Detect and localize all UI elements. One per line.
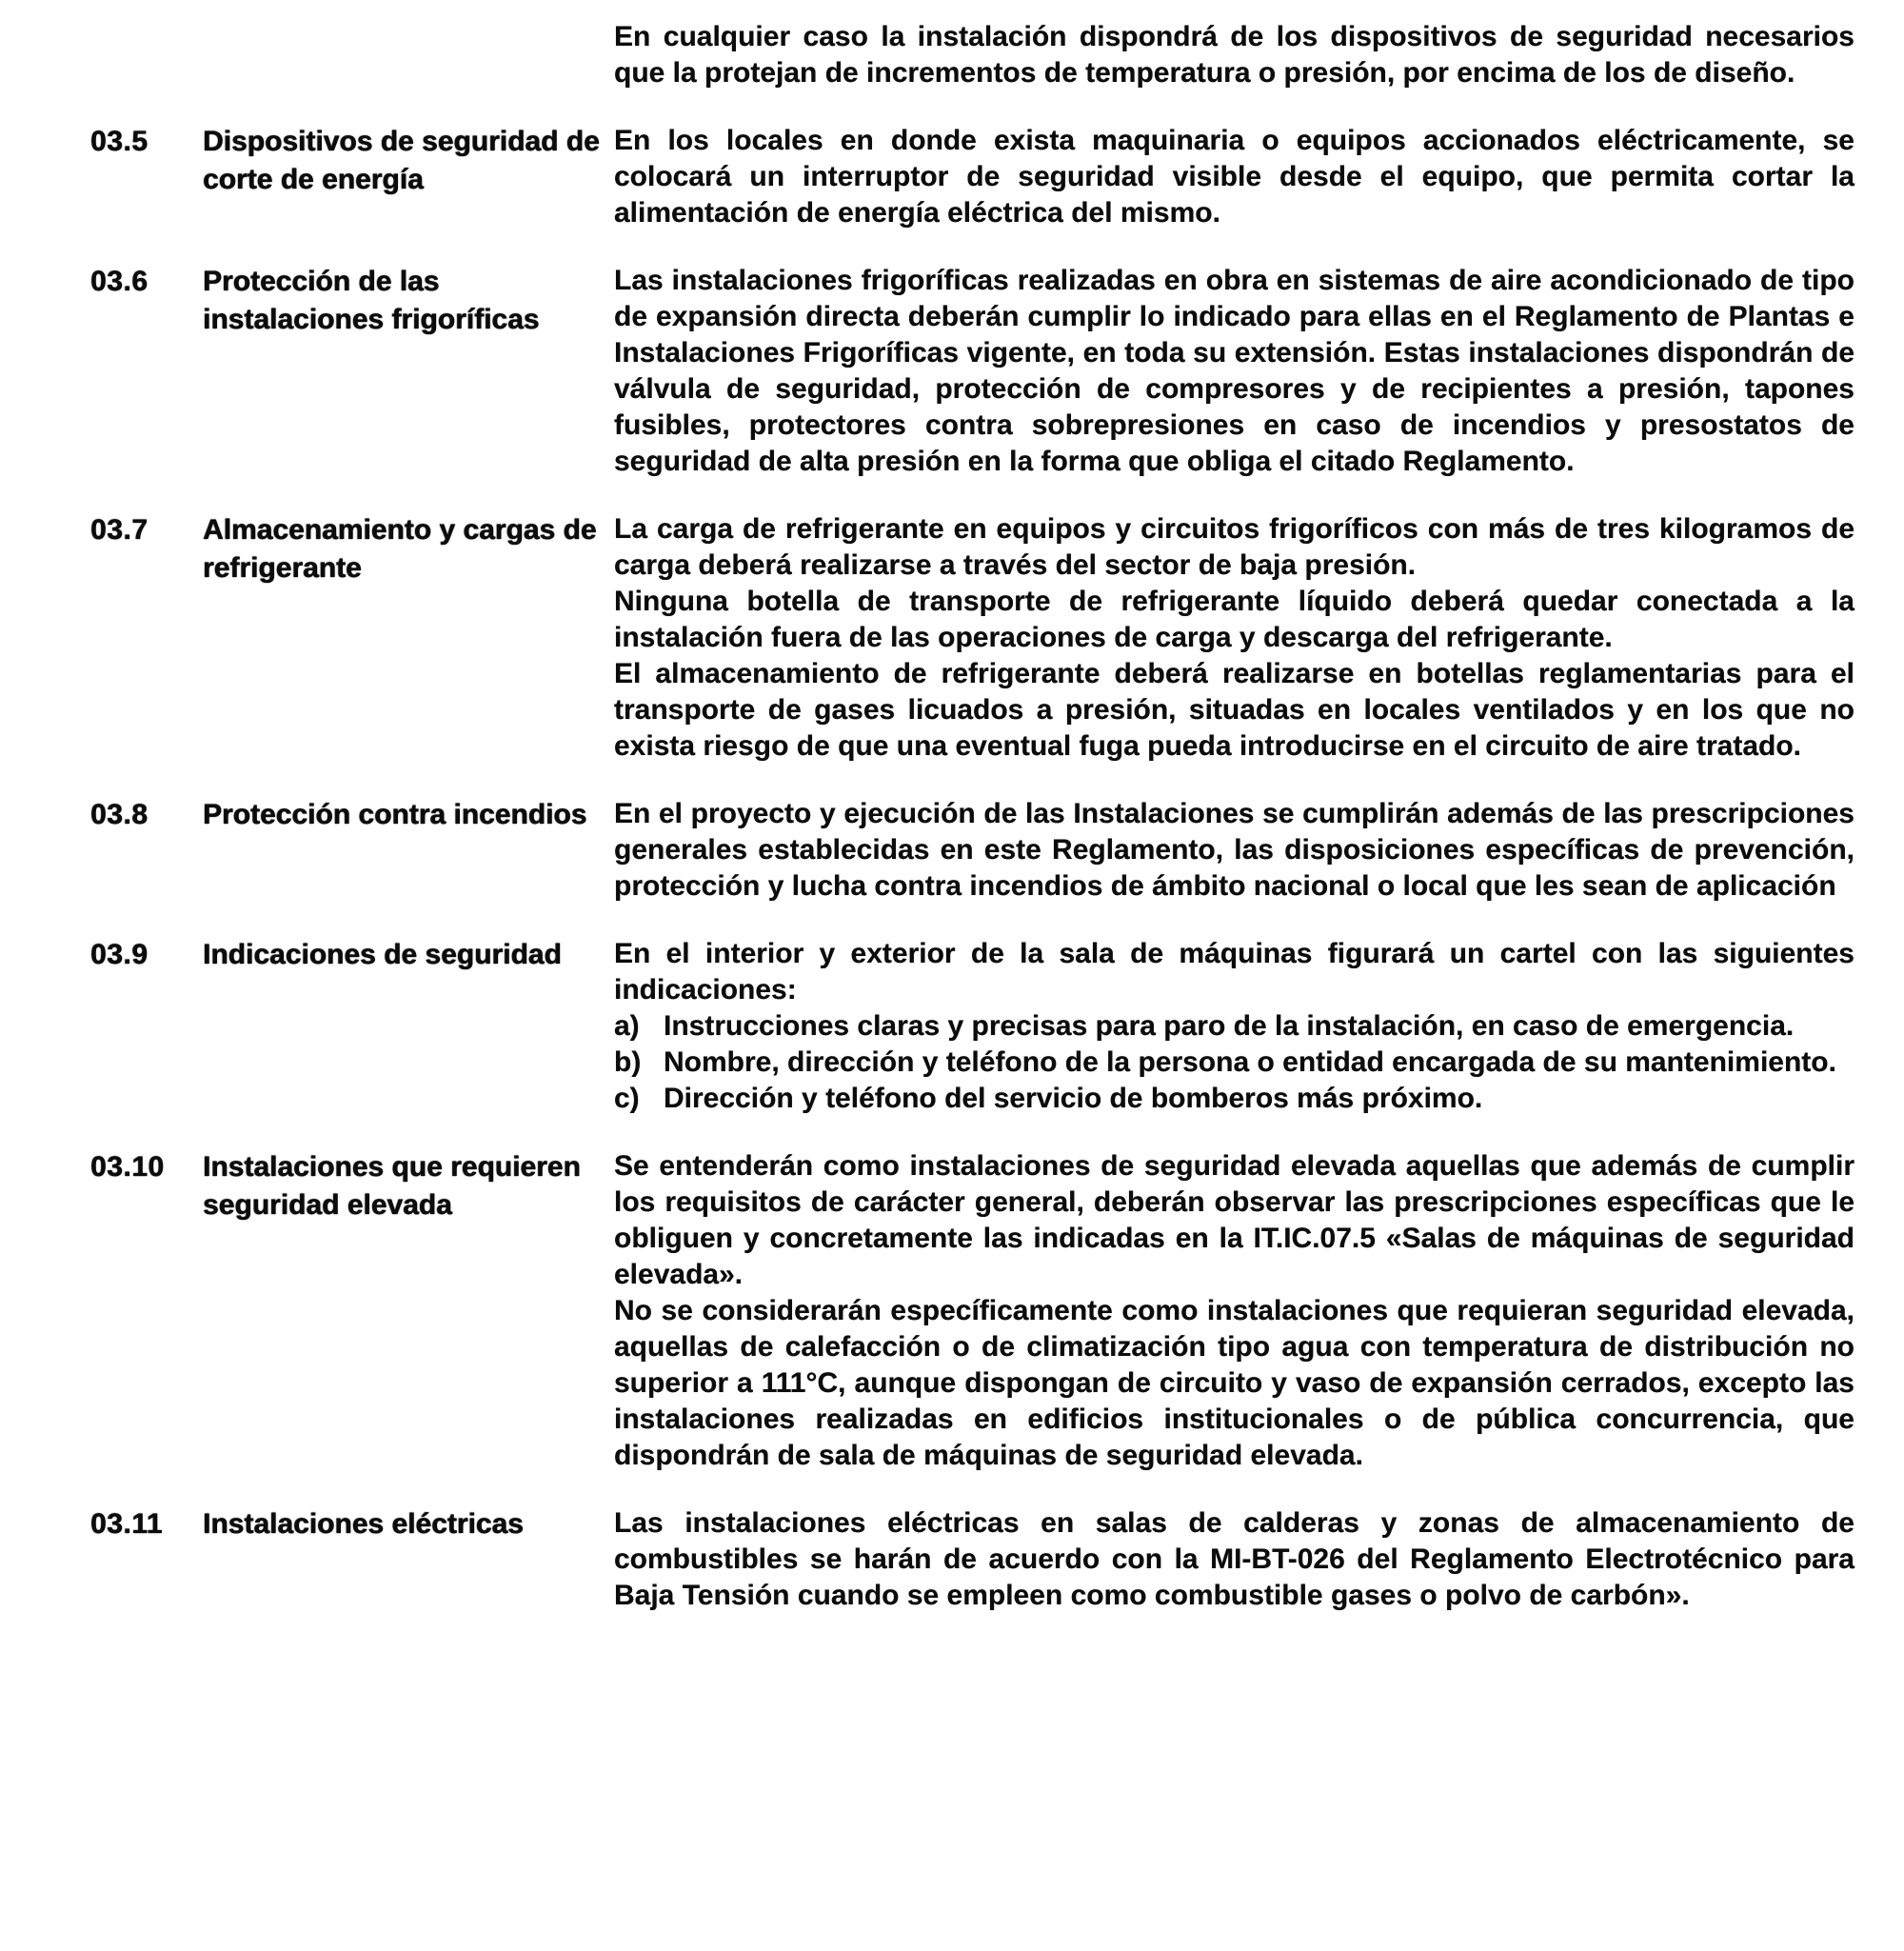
- list-item-text: Nombre, dirección y teléfono de la perso…: [664, 1045, 1854, 1081]
- section-paragraph: Ninguna botella de transporte de refrige…: [614, 584, 1854, 656]
- section-paragraph: En el interior y exterior de la sala de …: [614, 936, 1854, 1008]
- section-body: La carga de refrigerante en equipos y ci…: [614, 511, 1904, 765]
- section-heading: 03.11Instalaciones eléctricas: [0, 1505, 614, 1543]
- section-body: En los locales en donde exista maquinari…: [614, 123, 1904, 231]
- section-paragraph: El almacenamiento de refrigerante deberá…: [614, 656, 1854, 765]
- list-marker: b): [614, 1045, 664, 1081]
- section-row: 03.5Dispositivos de seguridad de corte d…: [0, 123, 1904, 231]
- section-body: Las instalaciones eléctricas en salas de…: [614, 1505, 1904, 1614]
- section-heading: 03.7Almacenamiento y cargas de refrigera…: [0, 511, 614, 587]
- sections-container: 03.5Dispositivos de seguridad de corte d…: [0, 123, 1904, 1614]
- section-body: En el interior y exterior de la sala de …: [614, 936, 1904, 1117]
- section-paragraph: En el proyecto y ejecución de las Instal…: [614, 796, 1854, 905]
- section-title: Protección de las instalaciones frigoríf…: [203, 263, 603, 339]
- intro-paragraph: En cualquier caso la instalación dispond…: [614, 19, 1854, 91]
- section-number: 03.6: [90, 263, 203, 301]
- section-heading: 03.10Instalaciones que requieren segurid…: [0, 1148, 614, 1224]
- section-row: 03.10Instalaciones que requieren segurid…: [0, 1148, 1904, 1474]
- document-page: En cualquier caso la instalación dispond…: [0, 0, 1904, 1951]
- section-number: 03.10: [90, 1148, 203, 1186]
- list-item-text: Dirección y teléfono del servicio de bom…: [664, 1081, 1854, 1117]
- section-row: 03.11Instalaciones eléctricasLas instala…: [0, 1505, 1904, 1614]
- section-heading: 03.5Dispositivos de seguridad de corte d…: [0, 123, 614, 199]
- section-heading: 03.6Protección de las instalaciones frig…: [0, 263, 614, 339]
- section-paragraph: Se entenderán como instalaciones de segu…: [614, 1148, 1854, 1293]
- section-title: Instalaciones eléctricas: [203, 1505, 603, 1543]
- list-item-text: Instrucciones claras y precisas para par…: [664, 1008, 1854, 1045]
- section-row: 03.6Protección de las instalaciones frig…: [0, 263, 1904, 480]
- section-row: 03.8Protección contra incendiosEn el pro…: [0, 796, 1904, 905]
- section-title: Indicaciones de seguridad: [203, 936, 603, 974]
- section-row: 03.7Almacenamiento y cargas de refrigera…: [0, 511, 1904, 765]
- section-title: Protección contra incendios: [203, 796, 603, 834]
- list-marker: c): [614, 1081, 664, 1117]
- section-body: En el proyecto y ejecución de las Instal…: [614, 796, 1904, 905]
- section-paragraph: En los locales en donde exista maquinari…: [614, 123, 1854, 231]
- intro-row: En cualquier caso la instalación dispond…: [0, 19, 1904, 91]
- section-paragraph: La carga de refrigerante en equipos y ci…: [614, 511, 1854, 584]
- list-item: b)Nombre, dirección y teléfono de la per…: [614, 1045, 1854, 1081]
- section-paragraph: No se considerarán específicamente como …: [614, 1293, 1854, 1474]
- list-item: a)Instrucciones claras y precisas para p…: [614, 1008, 1854, 1045]
- section-title: Almacenamiento y cargas de refrigerante: [203, 511, 603, 587]
- section-number: 03.8: [90, 796, 203, 834]
- section-title: Instalaciones que requieren seguridad el…: [203, 1148, 603, 1224]
- section-heading: 03.8Protección contra incendios: [0, 796, 614, 834]
- list-marker: a): [614, 1008, 664, 1045]
- section-paragraph: Las instalaciones eléctricas en salas de…: [614, 1505, 1854, 1614]
- list-item: c)Dirección y teléfono del servicio de b…: [614, 1081, 1854, 1117]
- intro-body: En cualquier caso la instalación dispond…: [614, 19, 1904, 91]
- section-number: 03.7: [90, 511, 203, 549]
- section-number: 03.5: [90, 123, 203, 161]
- section-body: Las instalaciones frigoríficas realizada…: [614, 263, 1904, 480]
- section-number: 03.11: [90, 1505, 203, 1543]
- section-row: 03.9Indicaciones de seguridadEn el inter…: [0, 936, 1904, 1117]
- section-body: Se entenderán como instalaciones de segu…: [614, 1148, 1904, 1474]
- section-title: Dispositivos de seguridad de corte de en…: [203, 123, 603, 199]
- section-heading: 03.9Indicaciones de seguridad: [0, 936, 614, 974]
- section-paragraph: Las instalaciones frigoríficas realizada…: [614, 263, 1854, 480]
- section-number: 03.9: [90, 936, 203, 974]
